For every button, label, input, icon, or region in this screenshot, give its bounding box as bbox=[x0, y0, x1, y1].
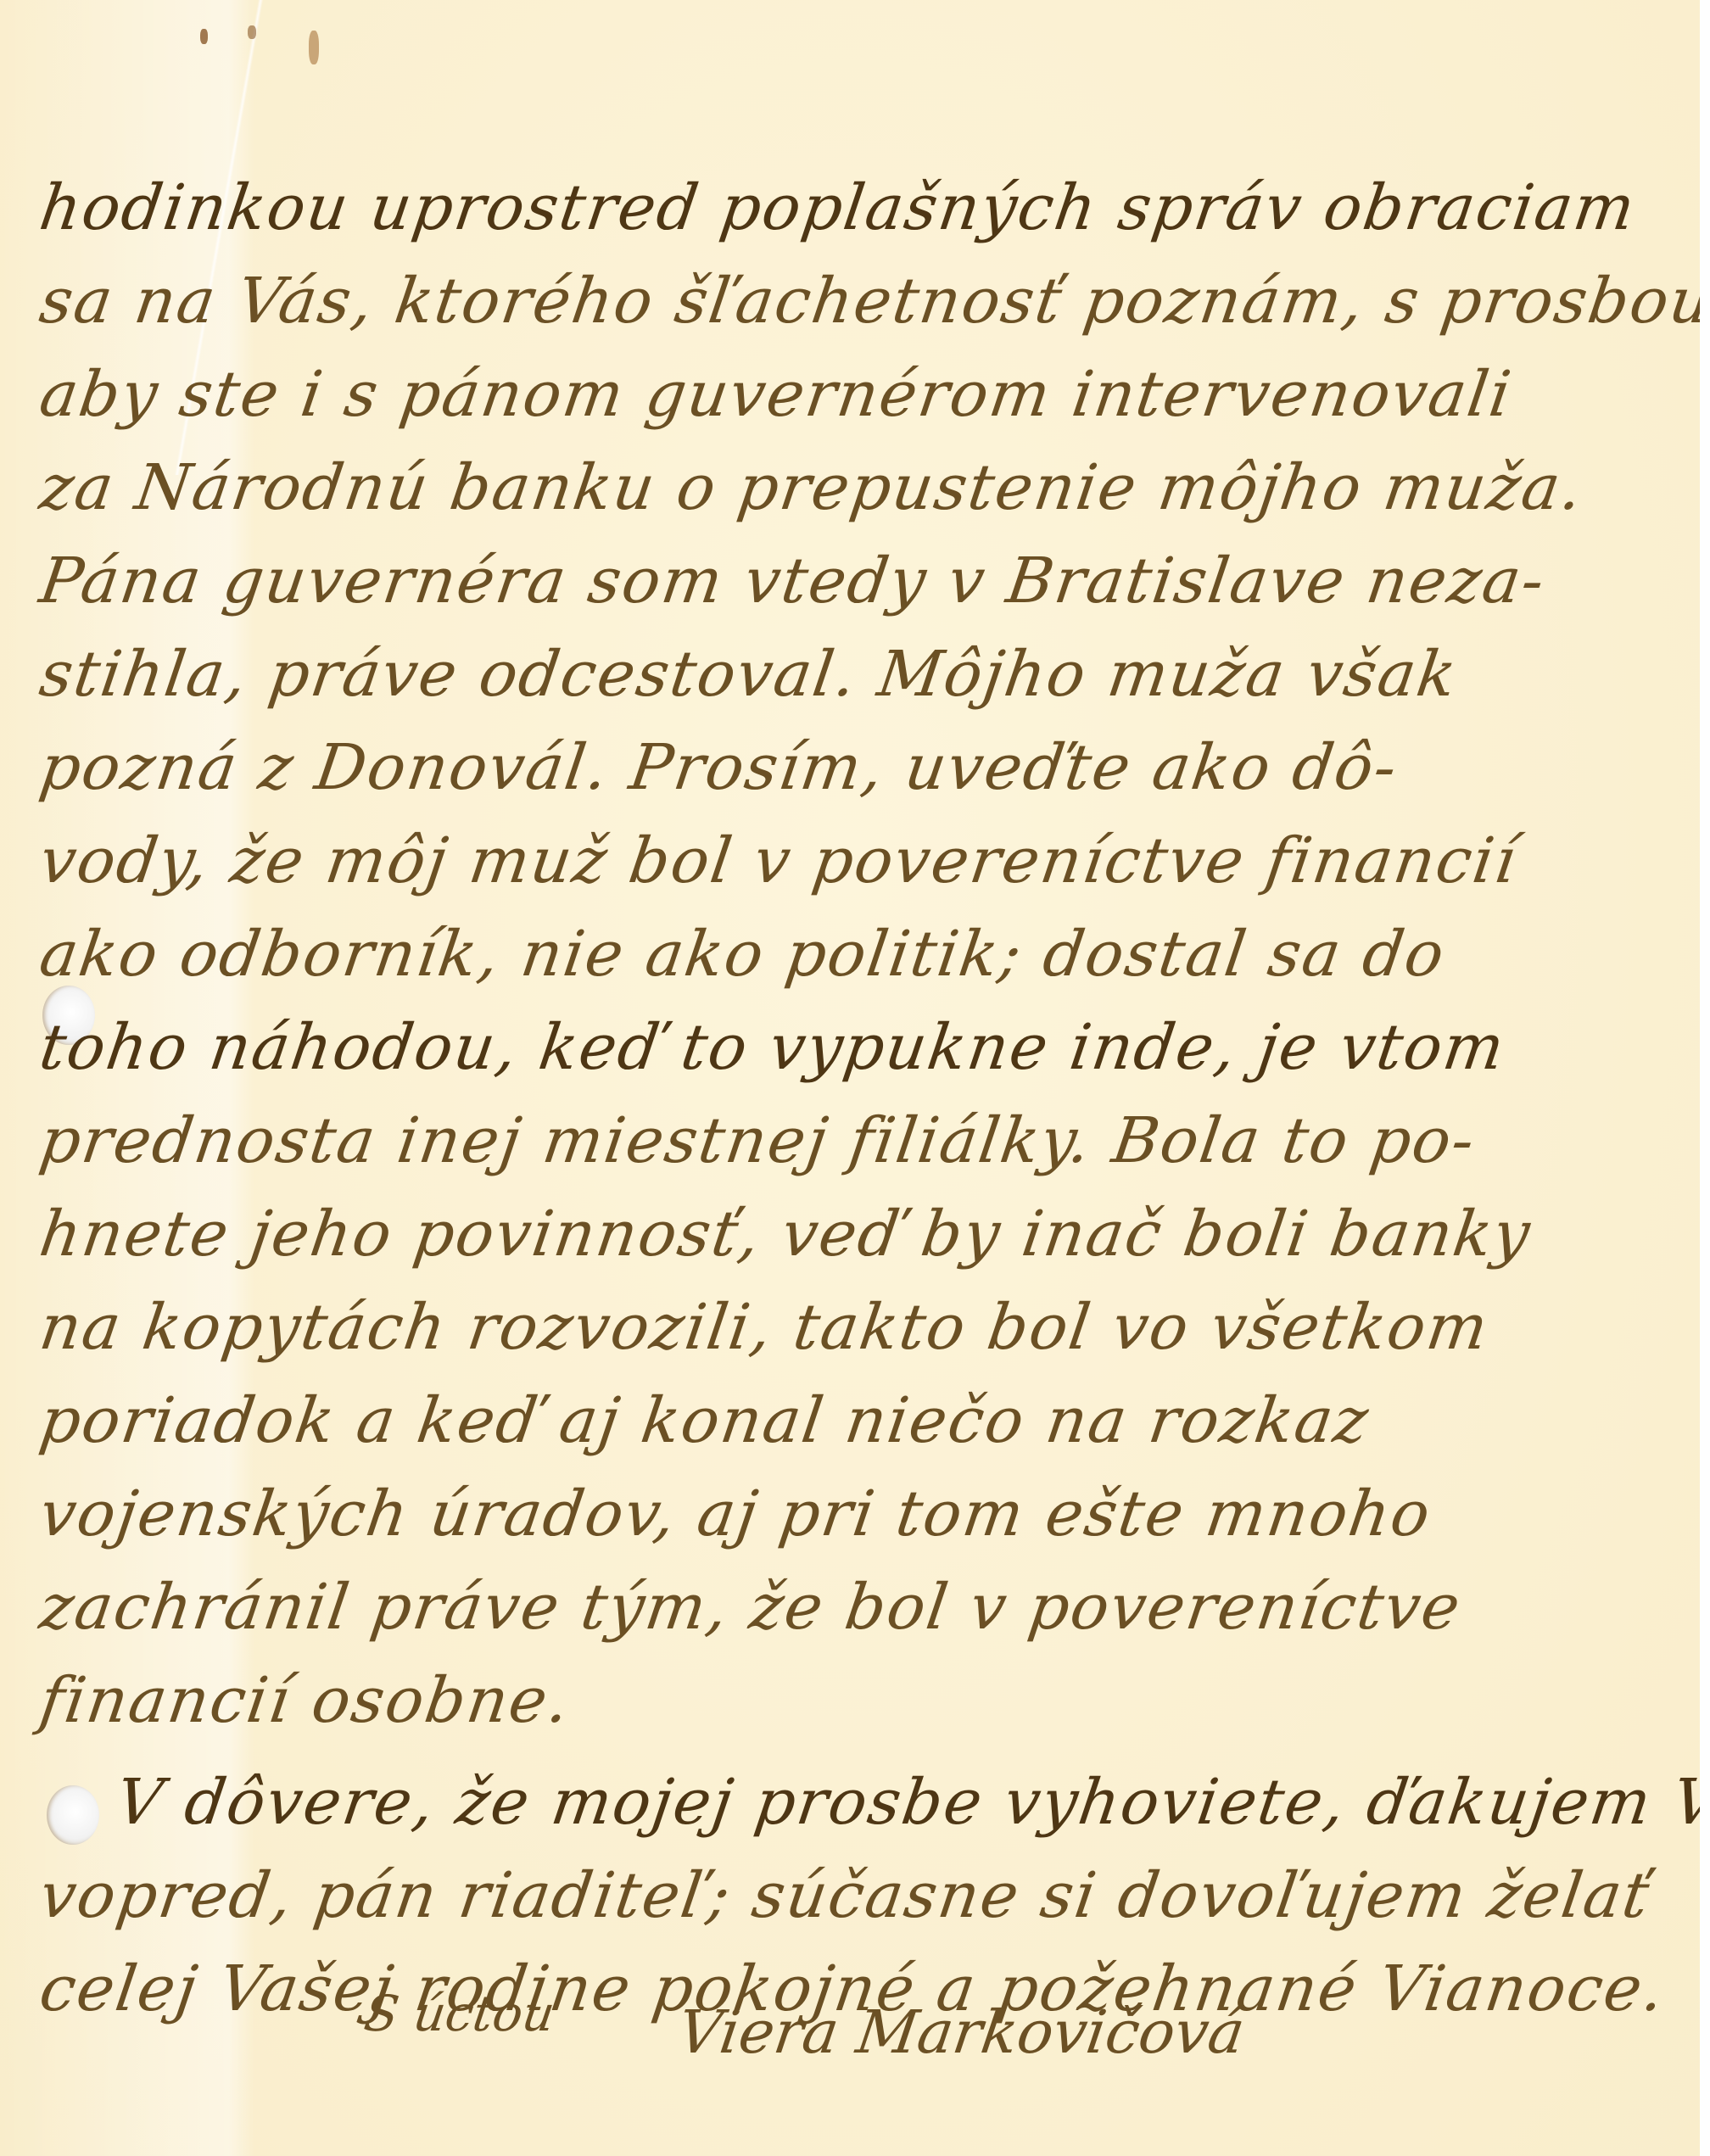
letter-page: hodinkou uprostred poplašných správ obra… bbox=[0, 0, 1700, 2156]
letter-line: vojenských úradov, aj pri tom ešte mnoho bbox=[34, 1467, 1438, 1561]
rust-stain-mark bbox=[200, 29, 208, 44]
letter-line: poriadok a keď aj konal niečo na rozkaz bbox=[34, 1374, 1376, 1467]
letter-line: zachránil práve tým, že bol v povereníct… bbox=[34, 1561, 1467, 1654]
letter-line: V dôvere, že mojej prosbe vyhoviete, ďak… bbox=[110, 1756, 1710, 1849]
letter-line: vody, že môj muž bol v povereníctve fina… bbox=[34, 814, 1523, 908]
letter-line: aby ste i s pánom guvernérom intervenova… bbox=[34, 348, 1518, 441]
closing-salutation: S úctou bbox=[360, 1985, 558, 2042]
rust-stain-mark bbox=[248, 25, 256, 39]
letter-line: hodinkou uprostred poplašných správ obra… bbox=[34, 161, 1642, 254]
letter-line: sa na Vás, ktorého šľachetnosť poznám, s… bbox=[34, 254, 1710, 348]
letter-line: hnete jeho povinnosť, veď by inač boli b… bbox=[34, 1187, 1537, 1281]
signature: Viera Markovičová bbox=[673, 1997, 1249, 2067]
letter-line: Pána guvernéra som vtedy v Bratislave ne… bbox=[34, 534, 1551, 628]
page-number-mark bbox=[309, 31, 319, 64]
letter-line: prednosta inej miestnej filiálky. Bola t… bbox=[34, 1094, 1482, 1187]
letter-line: pozná z Donovál. Prosím, uveďte ako dô- bbox=[34, 721, 1404, 814]
letter-line: stihla, práve odcestoval. Môjho muža vša… bbox=[34, 628, 1464, 721]
letter-line: ako odborník, nie ako politik; dostal sa… bbox=[34, 908, 1451, 1001]
letter-line: toho náhodou, keď to vypukne inde, je vt… bbox=[34, 1001, 1512, 1094]
punch-hole-lower bbox=[47, 1785, 99, 1845]
scan-edge bbox=[1700, 0, 1710, 2156]
letter-line: financií osobne. bbox=[34, 1654, 577, 1747]
letter-line: za Národnú banku o prepustenie môjho muž… bbox=[34, 441, 1590, 534]
letter-line: vopred, pán riaditeľ; súčasne si dovoľuj… bbox=[34, 1849, 1657, 1942]
letter-line: na kopytách rozvozili, takto bol vo všet… bbox=[34, 1281, 1495, 1374]
